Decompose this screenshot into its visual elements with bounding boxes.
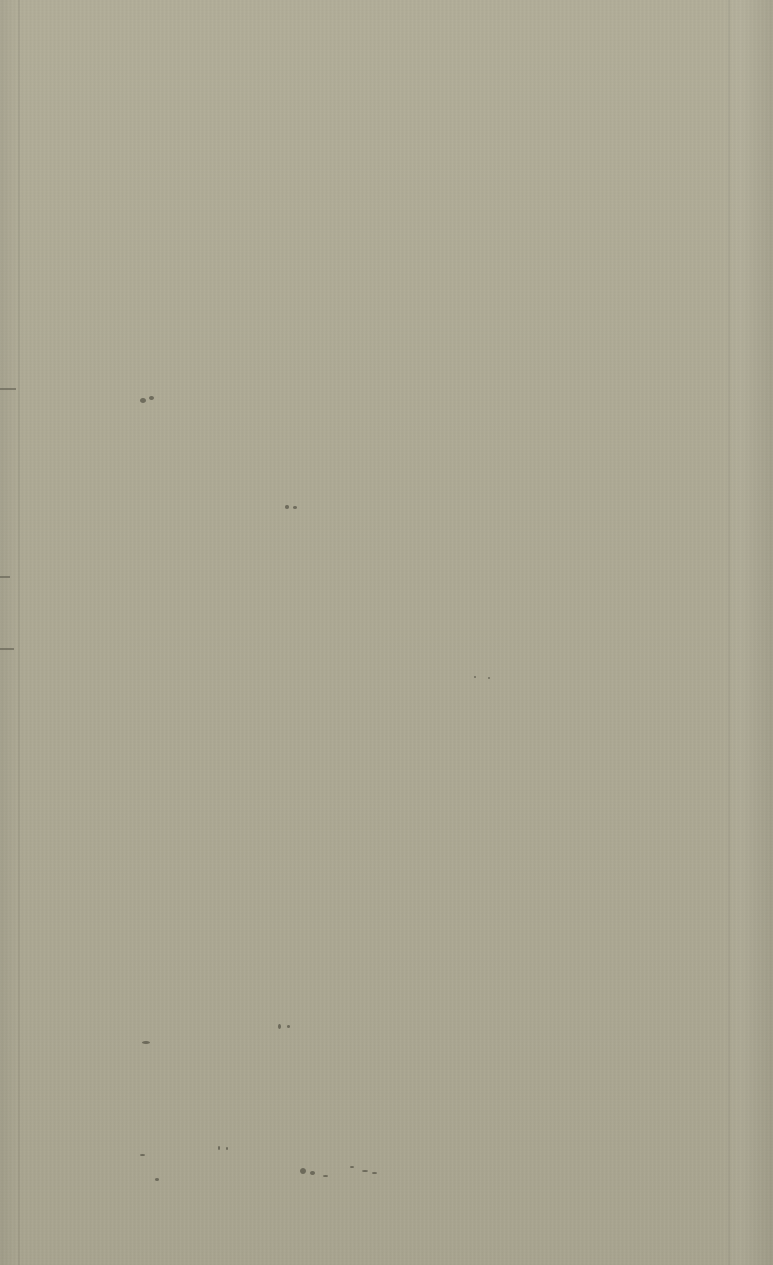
foxing-speck	[140, 1154, 145, 1156]
foxing-speck	[300, 1168, 306, 1174]
paper-grain	[0, 0, 773, 1265]
edge-mark	[0, 388, 16, 390]
foxing-speck	[149, 396, 154, 400]
foxing-speck	[323, 1175, 328, 1177]
edge-mark	[0, 648, 14, 650]
foxing-speck	[278, 1024, 281, 1029]
foxing-speck	[218, 1146, 220, 1150]
foxing-speck	[142, 1041, 150, 1044]
foxing-speck	[155, 1178, 159, 1181]
gutter-shadow	[18, 0, 20, 1265]
foxing-speck	[488, 677, 490, 679]
foxing-speck	[287, 1025, 290, 1028]
foxing-speck	[293, 506, 297, 509]
foxing-speck	[140, 398, 146, 403]
foxing-speck	[310, 1171, 315, 1175]
foxing-speck	[350, 1166, 354, 1168]
edge-mark	[0, 576, 10, 578]
foxing-speck	[372, 1172, 377, 1174]
foxing-speck	[226, 1147, 228, 1150]
foxing-speck	[474, 676, 476, 678]
blank-page	[0, 0, 773, 1265]
right-edge-shadow	[728, 0, 730, 1265]
foxing-speck	[285, 505, 289, 509]
foxing-speck	[362, 1170, 368, 1172]
